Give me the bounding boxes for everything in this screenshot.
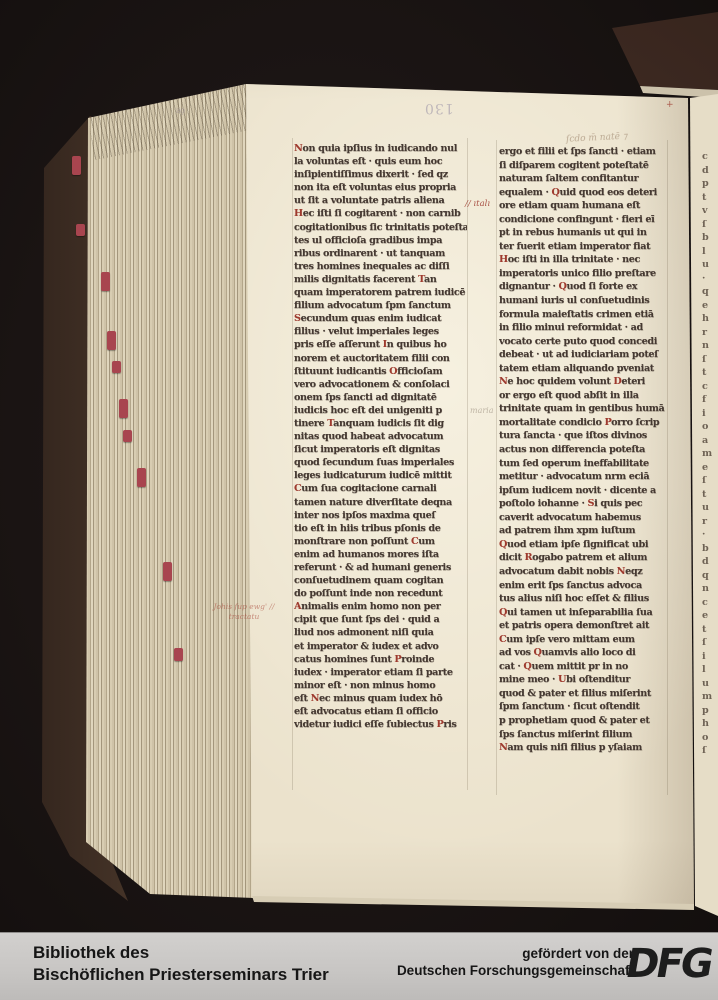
text-column-left: Non quia ipſius in iudicando nulla volun…	[294, 143, 467, 732]
ruling-line	[467, 138, 468, 790]
bookmark-tab	[119, 399, 128, 418]
manuscript-line: enim ad humanos mores iſta	[294, 549, 467, 562]
funding-credit-line1: gefördert von der	[397, 945, 634, 962]
manuscript-line: tres homines inequales ac diſſi	[294, 261, 467, 274]
manuscript-line: la voluntas eſt · quis eum hoc	[294, 156, 467, 169]
manuscript-line: ipſum iudicem novit · dicente a	[499, 485, 669, 499]
edge-letter: f	[702, 393, 716, 407]
bookmark-tab	[101, 272, 110, 291]
edge-letter: o	[702, 731, 716, 745]
manuscript-line: Ne hoc quidem volunt Deteri	[499, 376, 669, 390]
manuscript-line: humani iuris ul conſuetudinis	[499, 295, 669, 309]
edge-letter: t	[702, 488, 716, 502]
manuscript-line: cipit que ſunt ſps dei · quid a	[294, 614, 467, 627]
edge-letter: e	[702, 461, 716, 475]
manuscript-line: in filio minui reformidat · ad	[499, 322, 669, 336]
edge-letter: o	[702, 420, 716, 434]
text-column-right: ergo et filii et ſps ſancti · etiamſi di…	[499, 146, 669, 756]
credit-banner: Bibliothek des Bischöflichen Priestersem…	[0, 932, 718, 1000]
manuscript-line: milis dignitatis facerent Tan	[294, 274, 467, 287]
edge-letter: n	[702, 582, 716, 596]
manuscript-line: minor eſt · non minus homo	[294, 680, 467, 693]
rubric-initial: N	[311, 693, 319, 704]
manuscript-line: ter fuerit etiam imperator fiat	[499, 241, 669, 255]
manuscript-line: equalem · Quid quod eos deteri	[499, 187, 669, 201]
bookmark-tab	[112, 361, 121, 373]
ruling-line	[496, 140, 497, 795]
rubric-initial: N	[617, 566, 625, 577]
edge-letter: p	[702, 177, 716, 191]
manuscript-line: Hoc iſti in illa trinitate · nec	[499, 254, 669, 268]
manuscript-line: Hec iſti ſi cogitarent · non carnib	[294, 208, 467, 221]
manuscript-line: monſtrare non poſſunt Cum	[294, 536, 467, 549]
manuscript-line: ſicut imperatoris eſt dignitas	[294, 444, 467, 457]
library-name-line1: Bibliothek des	[33, 942, 329, 964]
manuscript-line: or ergo eſt quod abſit in illa	[499, 390, 669, 404]
manuscript-line: inter nos ipſos maxima queſ	[294, 510, 467, 523]
manuscript-line: Cum ipſe vero mittam eum	[499, 634, 669, 648]
manuscript-line: ergo et filii et ſps ſancti · etiam	[499, 146, 669, 160]
edge-letter: u	[702, 258, 716, 272]
manuscript-line: tinere Tanquam iudicis ſit dig	[294, 418, 467, 431]
manuscript-line: enim erit ſps ſanctus advoca	[499, 580, 669, 594]
edge-letter: q	[702, 569, 716, 583]
rubric-initial: R	[525, 552, 533, 563]
funding-credit-line2: Deutschen Forschungsgemeinschaft	[397, 962, 634, 979]
manuscript-line: tes ul officioſa gradibus impa	[294, 235, 467, 248]
edge-letter: ·	[702, 272, 716, 286]
edge-letter: h	[702, 312, 716, 326]
manuscript-line: pris eſſe aſſerunt In quibus ho	[294, 339, 467, 352]
manuscript-line: poſtolo iohanne · Si quis pec	[499, 498, 669, 512]
manuscript-line: tio eſt in hiis tribus pſonis de	[294, 523, 467, 536]
edge-letter: r	[702, 326, 716, 340]
edge-letter: u	[702, 501, 716, 515]
manuscript-line: et patris opera demonſtret ait	[499, 620, 669, 634]
edge-letter: q	[702, 285, 716, 299]
manuscript-line: Qui tamen ut inſeparabilia ſua	[499, 607, 669, 621]
manuscript-line: vero advocationem & conſolaci	[294, 379, 467, 392]
manuscript-line: caverit advocatum habemus	[499, 512, 669, 526]
edge-letter: ſ	[702, 353, 716, 367]
manuscript-line: tura ſancta · que iſtos divinos	[499, 430, 669, 444]
edge-letter: n	[702, 339, 716, 353]
manuscript-line: ad vos Quamvis alio loco di	[499, 647, 669, 661]
edge-letter: i	[702, 650, 716, 664]
manuscript-line: tatem etiam aliquando pveniat	[499, 363, 669, 377]
manuscript-line: actus non differencia poteſta	[499, 444, 669, 458]
bookmark-tab	[107, 331, 116, 350]
corner-scribble: ƨǫ	[176, 106, 185, 115]
edge-letter: e	[702, 609, 716, 623]
edge-letter: ſ	[702, 744, 716, 758]
manuscript-line: quod ſecundum ſuas imperiales	[294, 457, 467, 470]
folio-number-faint: 130	[424, 100, 454, 116]
gutter-faint-note: maria	[470, 406, 494, 415]
manuscript-line: catus homines ſunt Proinde	[294, 654, 467, 667]
manuscript-line: Secundum quas enim iudicat	[294, 313, 467, 326]
manuscript-line: et imperator & iudex et advo	[294, 641, 467, 654]
digitized-manuscript-photo: cdptvſblu·qehrnſtcfioameſtur·bdqncetſilu…	[0, 0, 718, 1000]
manuscript-line: debeat · ut ad iudiciariam poteſ	[499, 349, 669, 363]
manuscript-line: metitur · advocatum nrm eciā	[499, 471, 669, 485]
manuscript-line: eſt Nec minus quam iudex hō	[294, 693, 467, 706]
manuscript-line: Nam quis niſi filius p yſaiam	[499, 742, 669, 756]
manuscript-line: filius · velut imperiales leges	[294, 326, 467, 339]
manuscript-line: dicit Rogabo patrem et alium	[499, 552, 669, 566]
manuscript-line: ſtituunt iudicantis Officioſam	[294, 366, 467, 379]
edge-letter: b	[702, 542, 716, 556]
bookmark-tab	[72, 156, 81, 175]
edge-letter: t	[702, 366, 716, 380]
manuscript-line: ore etiam quam humana eſt	[499, 200, 669, 214]
manuscript-line: videtur iudici eſſe ſubiectus Pris	[294, 719, 467, 732]
manuscript-line: ſpm ſanctum · ſicut oſtendit	[499, 701, 669, 715]
manuscript-line: iudex · imperator etiam ſi parte	[294, 667, 467, 680]
left-margin-gloss: Johis ſup ewg' // tractatu	[198, 602, 290, 622]
manuscript-line: trinitate quam in gentibus humā	[499, 403, 669, 417]
manuscript-line: condicione confingunt · fieri eī	[499, 214, 669, 228]
bookmark-tab	[123, 430, 132, 442]
manuscript-line: cogitationibus ſic trinitatis poteſta	[294, 222, 467, 235]
manuscript-line: onem ſps ſancti ad dignitatē	[294, 392, 467, 405]
bookmark-tab	[137, 468, 146, 487]
manuscript-line: ſi diſparem cogitent poteſtatē	[499, 160, 669, 174]
edge-letter: d	[702, 164, 716, 178]
edge-letter: h	[702, 717, 716, 731]
rubric-initial: U	[558, 674, 566, 685]
manuscript-line: nitas quod habeat advocatum	[294, 431, 467, 444]
manuscript-line: formula maieſtatis crimen etiā	[499, 309, 669, 323]
manuscript-line: ſps ſanctus miſerint filium	[499, 729, 669, 743]
edge-letter: m	[702, 690, 716, 704]
rubric-initial: H	[294, 208, 303, 219]
rubric-initial: O	[389, 366, 397, 377]
edge-letter: u	[702, 677, 716, 691]
edge-letter: e	[702, 299, 716, 313]
manuscript-line: tum ſed operum ineffabilitate	[499, 458, 669, 472]
manuscript-line: quam imperatorem patrem iudicē	[294, 287, 467, 300]
manuscript-line: leges iudicaturum iudicē mittit	[294, 470, 467, 483]
manuscript-line: referunt · & ad humani generis	[294, 562, 467, 575]
manuscript-line: ut ſit a voluntate patris aliena	[294, 195, 467, 208]
ruling-line	[292, 138, 293, 790]
manuscript-line: liud nos admonent niſi quia	[294, 627, 467, 640]
manuscript-line: naturam ſaltem confitantur	[499, 173, 669, 187]
manuscript-line: p prophetiam quod & pater et	[499, 715, 669, 729]
edge-letter: r	[702, 515, 716, 529]
manuscript-line: norem et auctoritatem filii con	[294, 353, 467, 366]
manuscript-line: conſuetudinem quam cogitan	[294, 575, 467, 588]
left-margin-gloss-line2: tractatu	[198, 612, 290, 622]
edge-letter: c	[702, 596, 716, 610]
manuscript-line: eſt advocatus etiam ſi officio	[294, 706, 467, 719]
rubric-initial: Q	[499, 539, 507, 550]
manuscript-line: imperatoris unico filio preſtare	[499, 268, 669, 282]
manuscript-line: mortalitate condicio Porro ſcrip	[499, 417, 669, 431]
edge-letter: a	[702, 434, 716, 448]
manuscript-line: pt in rebus humanis ut qui in	[499, 227, 669, 241]
manuscript-line: non ita eſt voluntas eius propria	[294, 182, 467, 195]
manuscript-line: iudicis hoc eſt dei unigeniti p	[294, 405, 467, 418]
manuscript-line: dignantur · Quod ſi forte ex	[499, 281, 669, 295]
manuscript-line: ad patrem ihm xpm iuſtum	[499, 525, 669, 539]
next-page-text-fragments: cdptvſblu·qehrnſtcfioameſtur·bdqncetſilu…	[702, 150, 716, 770]
edge-letter: ſ	[702, 636, 716, 650]
edge-letter: ſ	[702, 218, 716, 232]
bookmark-tab	[174, 648, 183, 661]
manuscript-line: filium advocatum ſpm ſanctum	[294, 300, 467, 313]
rubric-initial: Q	[499, 607, 507, 618]
manuscript-line: tamen nature diverſitate deqna	[294, 497, 467, 510]
library-name-line2: Bischöflichen Priesterseminars Trier	[33, 964, 329, 986]
rubric-initial: Q	[559, 281, 567, 292]
edge-letter: t	[702, 623, 716, 637]
rubric-initial: S	[294, 313, 301, 324]
manuscript-line: Animalis enim homo non per	[294, 601, 467, 614]
manuscript-line: ribus ordinarent · ut tanquam	[294, 248, 467, 261]
bookmark-tab	[163, 562, 172, 581]
bookmark-tab	[76, 224, 85, 236]
edge-letter: v	[702, 204, 716, 218]
edge-letter: t	[702, 191, 716, 205]
edge-letter: ſ	[702, 474, 716, 488]
manuscript-line: cat · Quem mittit pr in no	[499, 661, 669, 675]
edge-letter: p	[702, 704, 716, 718]
manuscript-line: do poſſunt inde non recedunt	[294, 588, 467, 601]
rubric-initial: H	[499, 254, 508, 265]
manuscript-line: Non quia ipſius in iudicando nul	[294, 143, 467, 156]
manuscript-line: mine meo · Ubi oſtenditur	[499, 674, 669, 688]
edge-letter: l	[702, 245, 716, 259]
manuscript-line: Cum ſua cogitacione carnali	[294, 483, 467, 496]
edge-letter: c	[702, 150, 716, 164]
manuscript-line: quod & pater et filius miſerint	[499, 688, 669, 702]
red-corner-mark: +	[666, 100, 674, 110]
manuscript-line: advocatum dabit nobis Neqz	[499, 566, 669, 580]
edge-letter: c	[702, 380, 716, 394]
manuscript-line: inſipientiſſimus dixerit · ſed qz	[294, 169, 467, 182]
dfg-logo: DFG	[622, 941, 714, 987]
library-name: Bibliothek des Bischöflichen Priestersem…	[33, 942, 329, 985]
manuscript-line: tus alius niſi hoc eſſet & filius	[499, 593, 669, 607]
edge-letter: m	[702, 447, 716, 461]
gutter-rubric-note: // ıtalı	[465, 199, 490, 209]
manuscript-line: Quod etiam ipſe ſignificat ubi	[499, 539, 669, 553]
edge-letter: l	[702, 663, 716, 677]
left-margin-gloss-line1: Johis ſup ewg' //	[198, 602, 290, 612]
edge-letter: b	[702, 231, 716, 245]
manuscript-line: vocato certe puto quod concedi	[499, 336, 669, 350]
funding-credit: gefördert von der Deutschen Forschungsge…	[397, 945, 634, 979]
edge-letter: ·	[702, 528, 716, 542]
rubric-initial: Q	[534, 647, 542, 658]
edge-letter: i	[702, 407, 716, 421]
edge-letter: d	[702, 555, 716, 569]
